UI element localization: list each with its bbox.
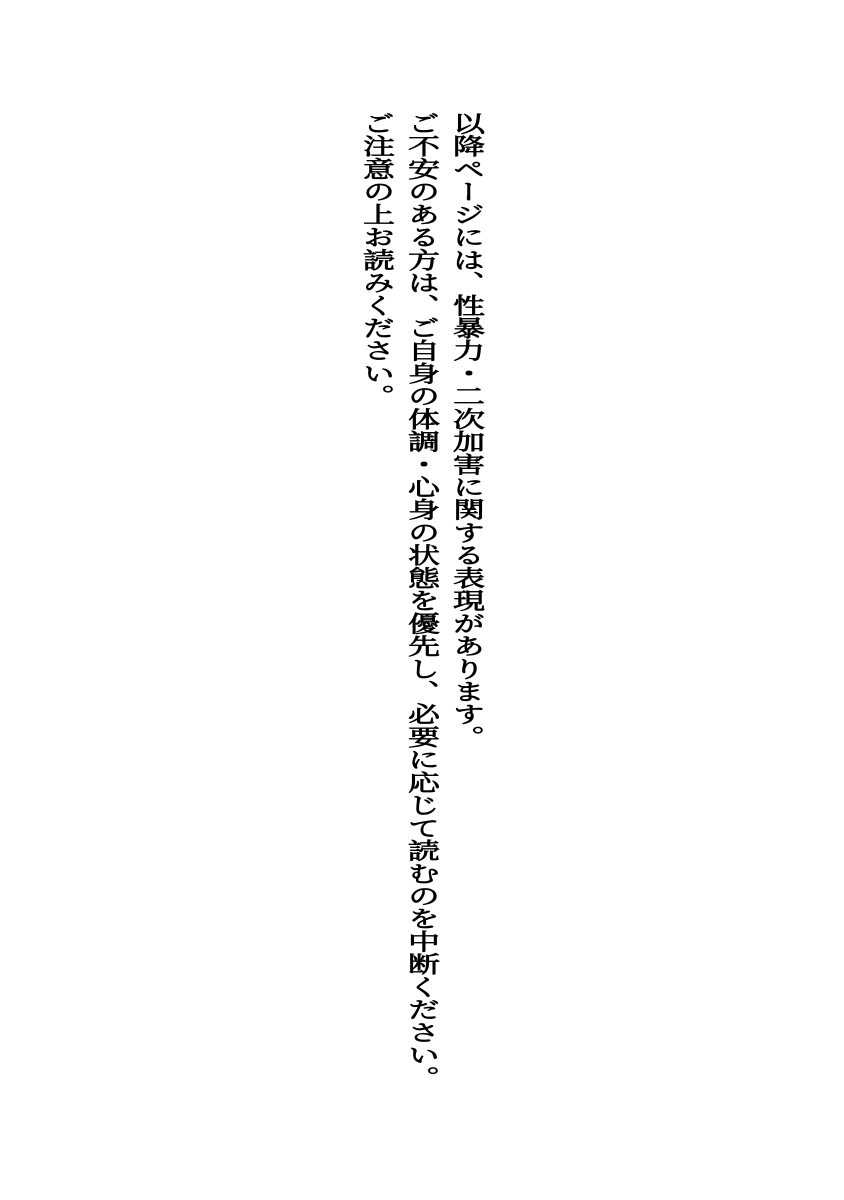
content-warning-page: 以降ページには、性暴力・二次加害に関する表現があります。 ご不安のある方は、ご自… — [0, 0, 844, 1200]
notice-line-3: ご注意の上お読みください。 — [354, 112, 399, 1089]
notice-line-2: ご不安のある方は、ご自身の体調・心身の状態を優先し、必要に応じて読むのを中断くだ… — [399, 112, 444, 1089]
content-warning-notice: 以降ページには、性暴力・二次加害に関する表現があります。 ご不安のある方は、ご自… — [354, 112, 489, 1089]
notice-line-1: 以降ページには、性暴力・二次加害に関する表現があります。 — [444, 112, 489, 1089]
